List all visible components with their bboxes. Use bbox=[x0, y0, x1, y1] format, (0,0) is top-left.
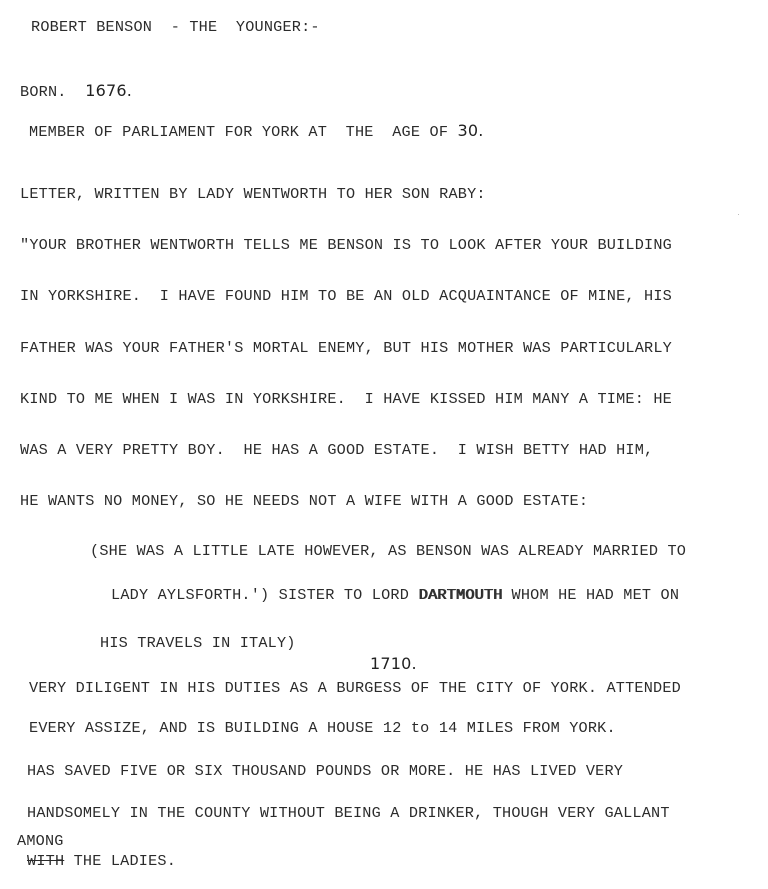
final-line: WITH THE LADIES. bbox=[27, 852, 176, 870]
burgess-line: VERY DILIGENT IN HIS DUTIES AS A BURGESS… bbox=[29, 679, 681, 697]
burgess-line: EVERY ASSIZE, AND IS BUILDING A HOUSE 12… bbox=[29, 719, 616, 737]
burgess-line: HANDSOMELY IN THE COUNTY WITHOUT BEING A… bbox=[27, 804, 670, 822]
mp-line: MEMBER OF PARLIAMENT FOR YORK AT THE AGE… bbox=[29, 122, 484, 141]
born-year: 1676. bbox=[85, 81, 132, 100]
letter-heading: LETTER, WRITTEN BY LADY WENTWORTH TO HER… bbox=[20, 185, 486, 203]
overtyped-word: DARTMOUTH bbox=[418, 586, 502, 604]
letter-line: KIND TO ME WHEN I WAS IN YORKSHIRE. I HA… bbox=[20, 390, 672, 408]
aside-text: LADY AYLSFORTH.') SISTER TO LORD bbox=[111, 586, 418, 604]
mp-text: MEMBER OF PARLIAMENT FOR YORK AT THE AGE… bbox=[29, 123, 457, 141]
correction-insert: AMONG bbox=[17, 832, 64, 850]
letter-line: HE WANTS NO MONEY, SO HE NEEDS NOT A WIF… bbox=[20, 492, 588, 510]
struck-word: WITH bbox=[27, 852, 64, 870]
letter-line: FATHER WAS YOUR FATHER'S MORTAL ENEMY, B… bbox=[20, 339, 672, 357]
document-title: ROBERT BENSON - THE YOUNGER:- bbox=[31, 18, 320, 36]
born-line: BORN. 1676. bbox=[20, 82, 132, 101]
aside-text: WHOM HE HAD MET ON bbox=[502, 586, 679, 604]
paper-speck bbox=[738, 214, 739, 215]
letter-line: WAS A VERY PRETTY BOY. HE HAS A GOOD EST… bbox=[20, 441, 653, 459]
final-text: THE LADIES. bbox=[64, 852, 176, 870]
aside-line: (SHE WAS A LITTLE LATE HOWEVER, AS BENSO… bbox=[90, 542, 686, 560]
aside-line: HIS TRAVELS IN ITALY) bbox=[100, 634, 296, 652]
letter-line: "YOUR BROTHER WENTWORTH TELLS ME BENSON … bbox=[20, 236, 672, 254]
year-1710: 1710. bbox=[370, 655, 417, 673]
born-label: BORN. bbox=[20, 83, 67, 101]
mp-age: 30. bbox=[457, 121, 483, 140]
aside-line: LADY AYLSFORTH.') SISTER TO LORD DARTMOU… bbox=[111, 586, 679, 604]
letter-line: IN YORKSHIRE. I HAVE FOUND HIM TO BE AN … bbox=[20, 287, 672, 305]
burgess-line: HAS SAVED FIVE OR SIX THOUSAND POUNDS OR… bbox=[27, 762, 623, 780]
